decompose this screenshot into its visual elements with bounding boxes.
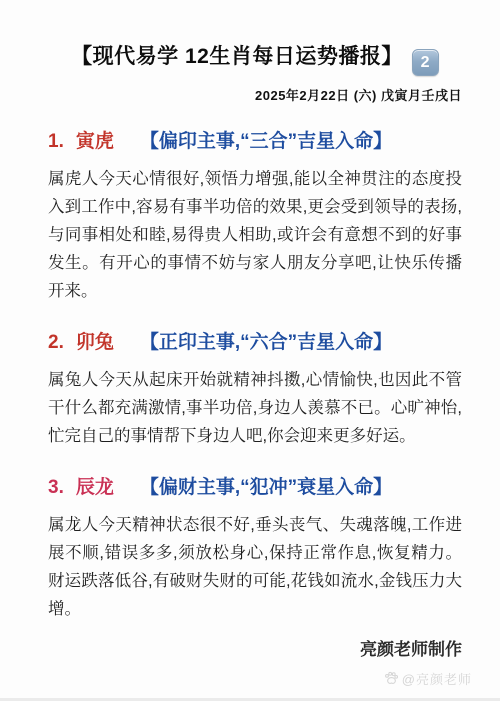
keycap-2-badge: 2 [412,49,439,76]
poster-content: 【现代易学 12生肖每日运势播报】2 2025年2月22日 (六) 戊寅月壬戌日… [0,40,500,660]
watermark: @亮颜老师 [384,669,472,688]
fortune-section-rabbit: 2.卯兔【正印主事,“六合”吉星入命】 属兔人今天从起床开始就精神抖擞,心情愉快… [48,327,462,450]
section-number: 3. [48,477,64,498]
section-number: 2. [48,332,64,353]
section-body: 属兔人今天从起床开始就精神抖擞,心情愉快,也因此不管干什么都充满激情,事半功倍,… [48,366,462,450]
fortune-section-tiger: 1.寅虎【偏印主事,“三合”吉星入命】 属虎人今天心情很好,领悟力增强,能以全神… [48,126,462,305]
section-number: 1. [48,131,64,152]
section-body: 属虎人今天心情很好,领悟力增强,能以全神贯注的态度投入到工作中,容易有事半功倍的… [48,165,462,305]
credit-line: 亮颜老师制作 [48,635,462,660]
section-heading: 1.寅虎【偏印主事,“三合”吉星入命】 [48,126,462,153]
page-title-row: 【现代易学 12生肖每日运势播报】2 [48,40,462,76]
section-headline: 【偏财主事,“犯冲”衰星入命】 [140,477,392,498]
fortune-poster: 【现代易学 12生肖每日运势播报】2 2025年2月22日 (六) 戊寅月壬戌日… [0,0,500,701]
section-heading: 3.辰龙【偏财主事,“犯冲”衰星入命】 [48,472,462,499]
section-body: 属龙人今天精神状态很不好,垂头丧气、失魂落魄,工作进展不顺,错误多多,须放松身心… [48,511,462,623]
zodiac-name: 寅虎 [76,131,114,152]
section-headline: 【正印主事,“六合”吉星入命】 [140,332,392,353]
watermark-text: @亮颜老师 [402,669,472,688]
section-heading: 2.卯兔【正印主事,“六合”吉星入命】 [48,327,462,354]
date-line: 2025年2月22日 (六) 戊寅月壬戌日 [48,85,462,104]
zodiac-name: 辰龙 [76,477,114,498]
section-headline: 【偏印主事,“三合”吉星入命】 [140,131,392,152]
fortune-section-dragon: 3.辰龙【偏财主事,“犯冲”衰星入命】 属龙人今天精神状态很不好,垂头丧气、失魂… [48,472,462,623]
paw-icon [384,671,399,686]
page-title: 【现代易学 12生肖每日运势播报】 [71,45,403,68]
zodiac-name: 卯兔 [76,332,114,353]
